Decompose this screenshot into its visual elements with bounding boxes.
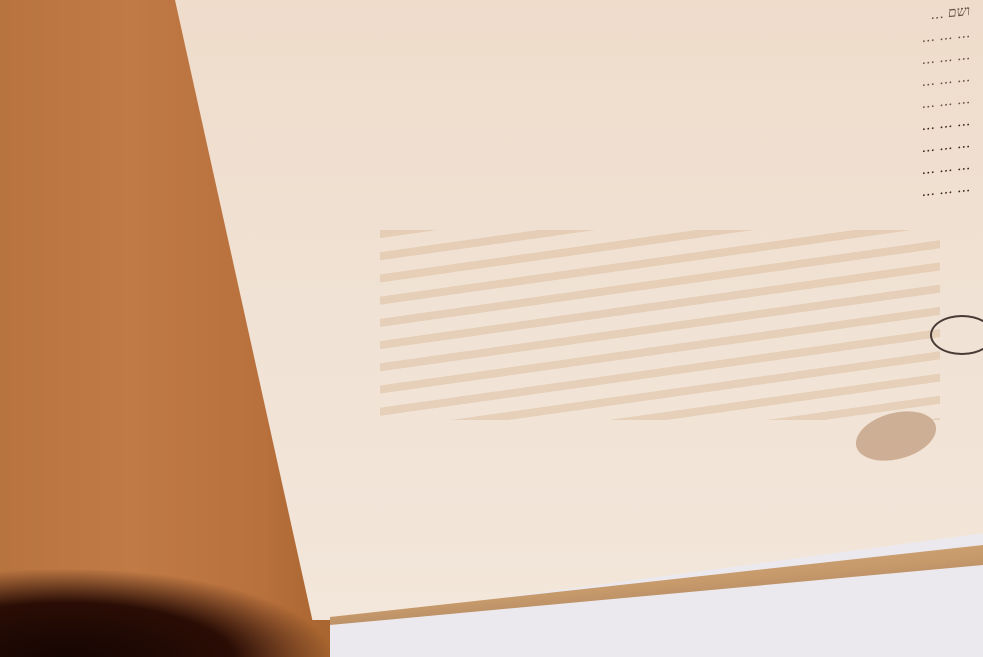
cover-shadow [0,570,330,657]
photo-scene: ושם ... ... ... ... ... ... ... ... ... … [0,0,983,657]
handwritten-text: ושם ... ... ... ... ... ... ... ... ... … [310,0,970,198]
faded-bleedthrough-text [380,230,940,420]
